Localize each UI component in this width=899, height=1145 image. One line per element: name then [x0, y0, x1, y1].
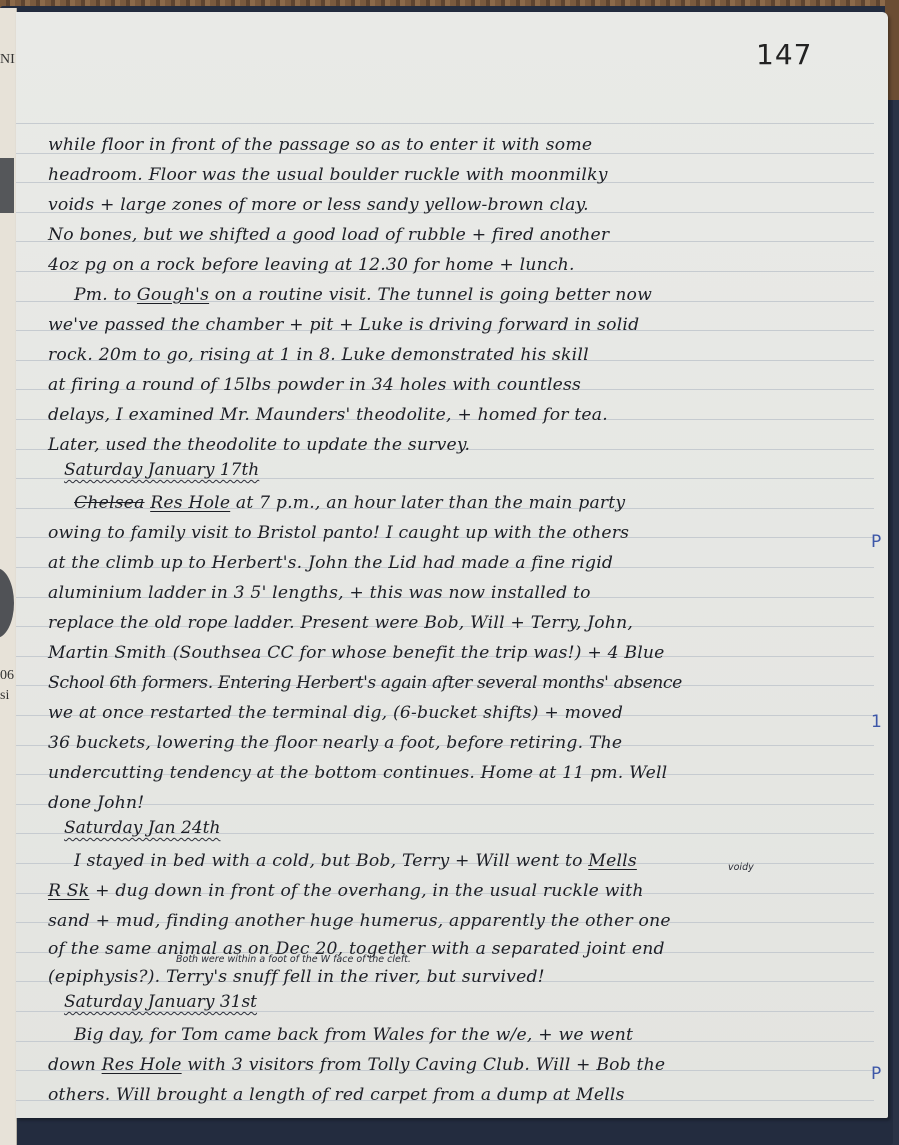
- text-line: owing to family visit to Bristol panto! …: [48, 518, 868, 548]
- text-line: No bones, but we shifted a good load of …: [48, 220, 868, 250]
- text-span: on a routine visit. The tunnel is going …: [209, 285, 652, 305]
- entry-heading-jan-31: Saturday January 31st: [64, 992, 257, 1012]
- entry-heading-jan-17: Saturday January 17th: [64, 460, 259, 480]
- entry-heading-jan-24: Saturday Jan 24th: [64, 818, 220, 838]
- cave-name-mells: Mells: [588, 851, 637, 871]
- struck-word: Chelsea: [74, 493, 145, 513]
- text-span: with 3 visitors from Tolly Caving Club. …: [182, 1055, 666, 1075]
- page-number: 147: [756, 38, 812, 71]
- text-span: down: [48, 1055, 102, 1075]
- inserted-word: voidy: [728, 862, 754, 873]
- margin-mark: 1: [871, 712, 882, 732]
- text-line: School 6th formers. Entering Herbert's a…: [48, 668, 868, 698]
- text-line: delays, I examined Mr. Maunders' theodol…: [48, 400, 868, 430]
- text-line: undercutting tendency at the bottom cont…: [48, 758, 868, 788]
- text-span: I stayed in bed with a cold, but Bob, Te…: [74, 851, 588, 871]
- ruled-line: [16, 123, 874, 124]
- left-page-fragment: si: [0, 688, 9, 704]
- text-line: others. Will brought a length of red car…: [48, 1080, 868, 1110]
- text-line: R Sk + dug down in front of the overhang…: [48, 876, 868, 906]
- text-line: headroom. Floor was the usual boulder ru…: [48, 160, 868, 190]
- cave-name-res-hole: Res Hole: [150, 493, 230, 513]
- text-line: aluminium ladder in 3 5' lengths, + this…: [48, 578, 868, 608]
- text-line: done John!: [48, 788, 868, 818]
- text-span: at 7 p.m., an hour later than the main p…: [230, 493, 625, 513]
- text-line: replace the old rope ladder. Present wer…: [48, 608, 868, 638]
- text-line: Big day, for Tom came back from Wales fo…: [74, 1020, 894, 1050]
- cave-name-goughs: Gough's: [137, 285, 209, 305]
- text-line: while floor in front of the passage so a…: [48, 130, 868, 160]
- text-line: at the climb up to Herbert's. John the L…: [48, 548, 868, 578]
- cave-name-res-hole: Res Hole: [102, 1055, 182, 1075]
- text-line: we at once restarted the terminal dig, (…: [48, 698, 868, 728]
- left-page-image-fragment: [0, 158, 14, 213]
- text-line: Pm. to Gough's on a routine visit. The t…: [74, 280, 894, 310]
- left-page-fragment: 06: [0, 668, 14, 684]
- text-span: + dug down in front of the overhang, in …: [89, 881, 643, 901]
- text-line: Chelsea Res Hole at 7 p.m., an hour late…: [74, 488, 894, 518]
- text-line: we've passed the chamber + pit + Luke is…: [48, 310, 868, 340]
- logbook-page: 147 while floor in front of the passage …: [16, 12, 888, 1118]
- text-line: 36 buckets, lowering the floor nearly a …: [48, 728, 868, 758]
- text-line: voids + large zones of more or less sand…: [48, 190, 868, 220]
- text-line: sand + mud, finding another huge humerus…: [48, 906, 868, 936]
- text-line: of the same animal as on Dec 20, togethe…: [48, 934, 868, 964]
- left-page-image-fragment: [0, 568, 14, 638]
- text-line: Martin Smith (Southsea CC for whose bene…: [48, 638, 868, 668]
- left-page-fragment: NI: [0, 52, 15, 68]
- text-span: Pm. to: [74, 285, 137, 305]
- text-line: Later, used the theodolite to update the…: [48, 430, 868, 460]
- text-line: rock. 20m to go, rising at 1 in 8. Luke …: [48, 340, 868, 370]
- margin-mark: P: [871, 532, 881, 552]
- text-line: I stayed in bed with a cold, but Bob, Te…: [74, 846, 894, 876]
- text-line: down Res Hole with 3 visitors from Tolly…: [48, 1050, 868, 1080]
- margin-mark: P: [871, 1064, 881, 1084]
- text-line: (epiphysis?). Terry's snuff fell in the …: [48, 962, 868, 992]
- text-line: 4oz pg on a rock before leaving at 12.30…: [48, 250, 868, 280]
- text-line: at firing a round of 15lbs powder in 34 …: [48, 370, 868, 400]
- left-page-edge: NI 06 si: [0, 8, 17, 1145]
- cave-name-r-sk: R Sk: [48, 881, 89, 901]
